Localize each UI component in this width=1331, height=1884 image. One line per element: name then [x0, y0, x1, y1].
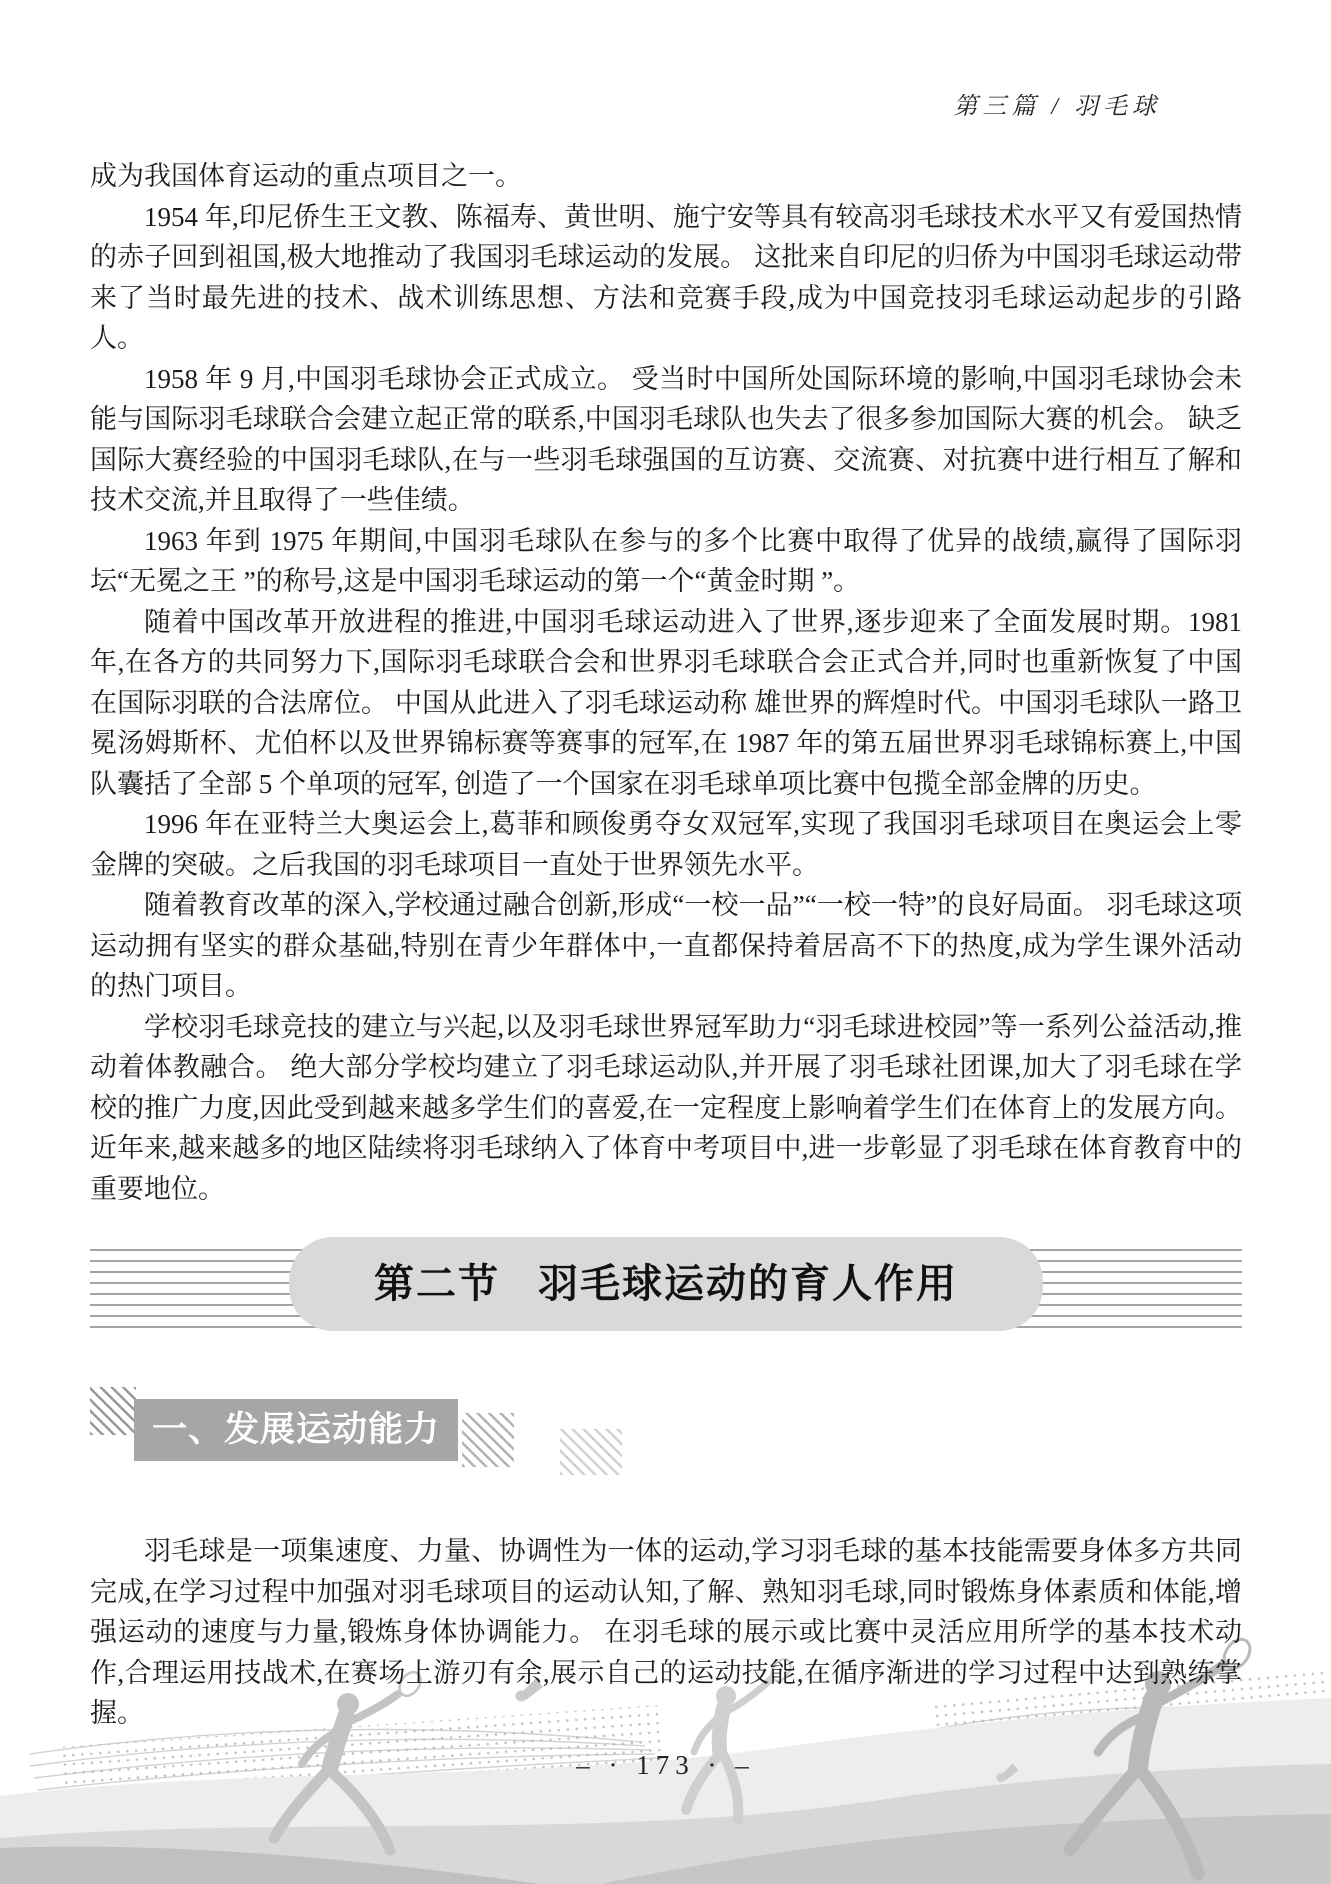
section-banner: 第二节 羽毛球运动的育人作用: [90, 1237, 1242, 1331]
diagonal-hatch-icon: [90, 1387, 136, 1435]
body-paragraph: 随着教育改革的深入,学校通过融合创新,形成“一校一品”“一校一特”的良好局面。 …: [90, 885, 1242, 1007]
running-head-text: 第三篇 / 羽毛球: [953, 94, 1161, 120]
body-paragraph: 随着中国改革开放进程的推进,中国羽毛球运动进入了世界,逐步迎来了全面发展时期。1…: [90, 602, 1242, 805]
subsection-title: 一、发展运动能力: [152, 1410, 440, 1451]
body-paragraph: 1996 年在亚特兰大奥运会上,葛菲和顾俊勇夺女双冠军,实现了我国羽毛球项目在奥…: [90, 804, 1242, 885]
page-content: 成为我国体育运动的重点项目之一。 1954 年,印尼侨生王文教、陈福寿、黄世明、…: [90, 156, 1242, 1734]
body-paragraph: 羽毛球是一项集速度、力量、协调性为一体的运动,学习羽毛球的基本技能需要身体多方共…: [90, 1531, 1242, 1734]
subsection-heading: 一、发展运动能力: [90, 1387, 1242, 1479]
section-title-box: 第二节 羽毛球运动的育人作用: [289, 1237, 1043, 1331]
body-paragraph: 成为我国体育运动的重点项目之一。: [90, 156, 1242, 197]
section-number: 第二节: [374, 1264, 500, 1305]
body-paragraph: 1954 年,印尼侨生王文教、陈福寿、黄世明、施宁安等具有较高羽毛球技术水平又有…: [90, 197, 1242, 359]
diagonal-hatch-icon: [560, 1429, 622, 1475]
running-head: 第三篇 / 羽毛球: [953, 86, 1161, 121]
book-page: 第三篇 / 羽毛球 成为我国体育运动的重点项目之一。 1954 年,印尼侨生王文…: [0, 0, 1331, 1884]
body-paragraph: 1963 年到 1975 年期间,中国羽毛球队在参与的多个比赛中取得了优异的战绩…: [90, 521, 1242, 602]
subsection-title-box: 一、发展运动能力: [134, 1399, 458, 1461]
body-paragraph: 1958 年 9 月,中国羽毛球协会正式成立。 受当时中国所处国际环境的影响,中…: [90, 359, 1242, 521]
diagonal-hatch-icon: [462, 1413, 514, 1467]
page-number: – · 173 · –: [0, 1750, 1331, 1781]
body-paragraph: 学校羽毛球竞技的建立与兴起,以及羽毛球世界冠军助力“羽毛球进校园”等一系列公益活…: [90, 1007, 1242, 1210]
section-title: 羽毛球运动的育人作用: [538, 1264, 958, 1305]
